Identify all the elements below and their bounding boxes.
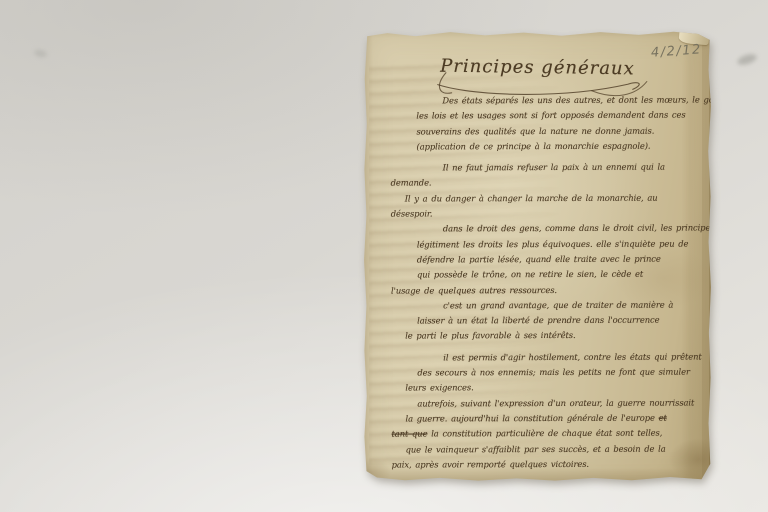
manuscript-line: défendre la partie lésée, quand elle tra… bbox=[417, 251, 695, 267]
manuscript-line: leurs exigences. bbox=[405, 380, 695, 396]
manuscript-line: Des états séparés les uns des autres, et… bbox=[442, 93, 694, 109]
manuscript-page: 4/2/12 Principes généraux Des états sépa… bbox=[363, 29, 712, 482]
manuscript-line: désespoir. bbox=[391, 206, 695, 222]
page-title: Principes généraux bbox=[440, 56, 635, 80]
manuscript-line: dans le droit des gens, comme dans le dr… bbox=[443, 221, 695, 237]
manuscript-line: il est permis d'agir hostilement, contre… bbox=[443, 349, 695, 365]
manuscript-line: Il ne faut jamais refuser la paix à un e… bbox=[443, 160, 695, 176]
manuscript-line: l'usage de quelques autres ressources. bbox=[391, 282, 695, 298]
manuscript-line: tant que la constitution particulière de… bbox=[392, 426, 696, 442]
manuscript-line: légitiment les droits les plus équivoque… bbox=[417, 236, 695, 252]
photo-backdrop: 4/2/12 Principes généraux Des états sépa… bbox=[0, 0, 768, 512]
manuscript-line: des secours à nos ennemis; mais les peti… bbox=[417, 365, 695, 381]
backdrop-smudge bbox=[33, 49, 47, 59]
manuscript-line: le parti le plus favorable à ses intérêt… bbox=[405, 328, 695, 344]
manuscript-line: Il y a du danger à changer la marche de … bbox=[405, 190, 695, 206]
manuscript-line: c'est un grand avantage, que de traiter … bbox=[443, 297, 695, 313]
manuscript-line: qui possède le trône, on ne retire le si… bbox=[417, 267, 695, 283]
manuscript-page-wrap: 4/2/12 Principes généraux Des états sépa… bbox=[363, 29, 712, 482]
manuscript-line: paix, après avoir remporté quelques vict… bbox=[392, 456, 696, 472]
manuscript-line: laisser à un état la liberté de prendre … bbox=[417, 313, 695, 329]
manuscript-line: souverains des qualités que la nature ne… bbox=[416, 123, 694, 139]
manuscript-text: Des états séparés les uns des autres, et… bbox=[416, 93, 695, 473]
manuscript-line: la guerre. aujourd'hui la constitution g… bbox=[405, 410, 695, 426]
manuscript-line: demande. bbox=[391, 175, 695, 191]
backdrop-smudge bbox=[736, 52, 758, 67]
manuscript-line: que le vainqueur s'affaiblit par ses suc… bbox=[406, 441, 696, 457]
manuscript-line: les lois et les usages sont si fort oppo… bbox=[416, 108, 694, 124]
manuscript-line: (application de ce principe à la monarch… bbox=[416, 138, 694, 154]
manuscript-line: autrefois, suivant l'expression d'un ora… bbox=[417, 395, 695, 411]
